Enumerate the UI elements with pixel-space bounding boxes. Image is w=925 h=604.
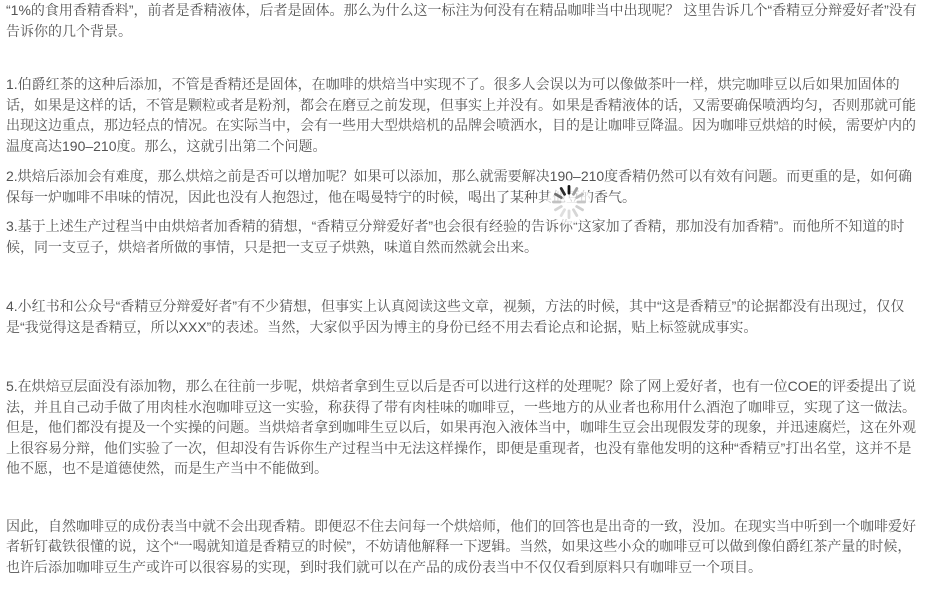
paragraph-conclusion: 因此，自然咖啡豆的成份表当中就不会出现香精。即便忍不住去问每一个烘焙师，他们的回… (6, 516, 919, 578)
paragraph-point-3: 3.基于上述生产过程当中由烘焙者加香精的猜想，“香精豆分辩爱好者”也会很有经验的… (6, 216, 919, 257)
paragraph-intro: “1%的食用香精香料”，前者是香精液体，后者是固体。那么为什么这一标注为何没有在… (6, 0, 919, 41)
paragraph-point-4: 4.小红书和公众号“香精豆分辩爱好者”有不少猜想，但事实上认真阅读这些文章，视频… (6, 296, 919, 337)
paragraph-point-1: 1.伯爵红茶的这种后添加，不管是香精还是固体，在咖啡的烘焙当中实现不了。很多人会… (6, 74, 919, 156)
paragraph-point-2: 2.烘焙后添加会有难度，那么烘焙之前是否可以增加呢？如果可以添加，那么就需要解决… (6, 166, 919, 207)
article-body: “1%的食用香精香料”，前者是香精液体，后者是固体。那么为什么这一标注为何没有在… (6, 0, 919, 577)
paragraph-point-5: 5.在烘焙豆层面没有添加物，那么在往前一步呢，烘焙者拿到生豆以后是否可以进行这样… (6, 376, 919, 479)
